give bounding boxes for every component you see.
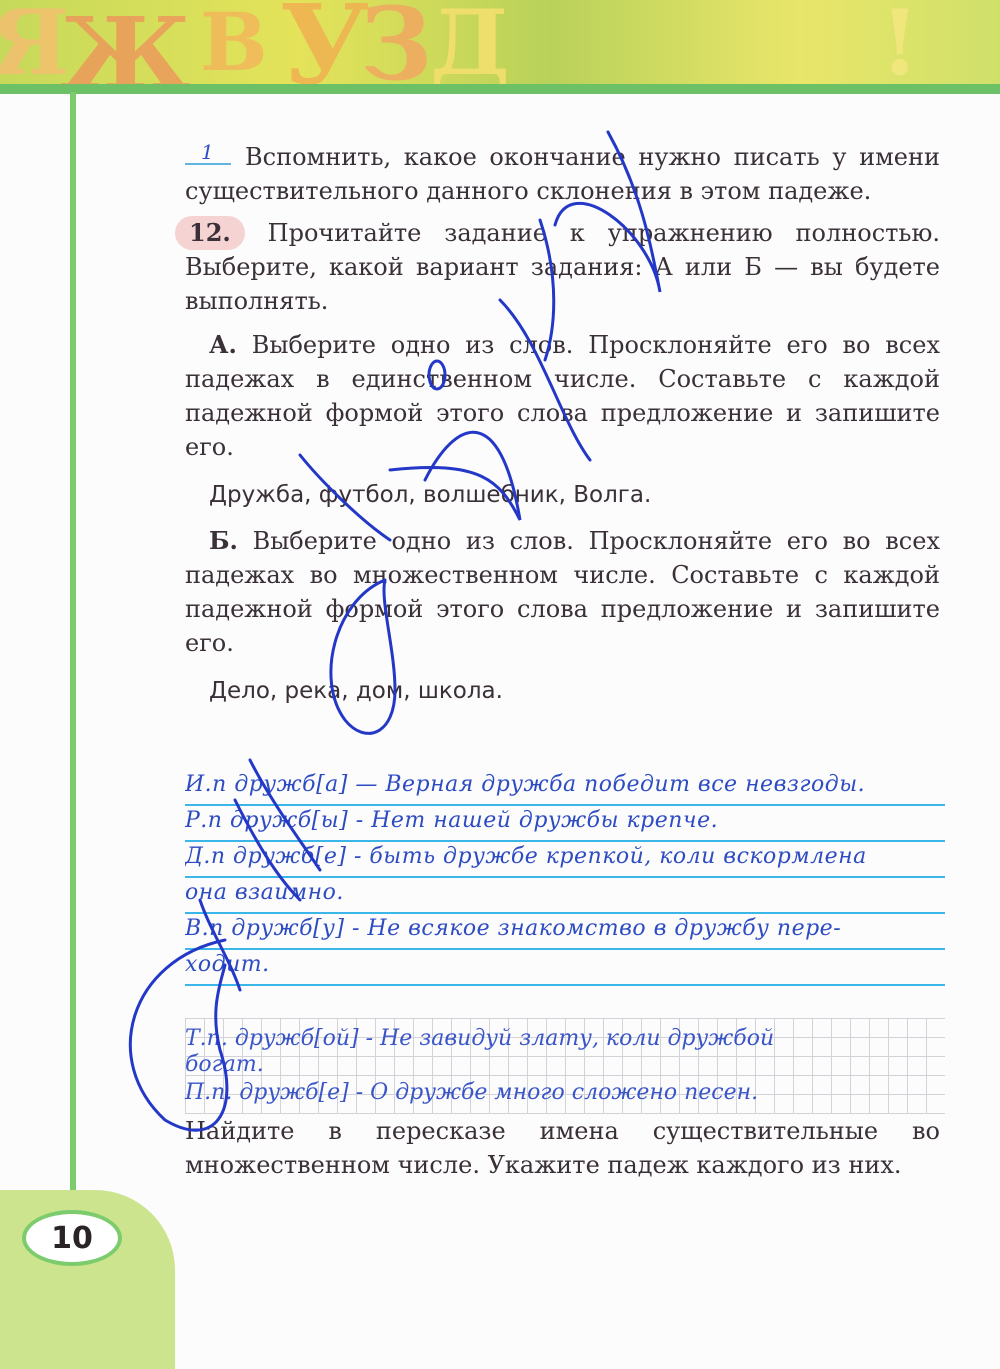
exercise-content: 1Вспомнить, какое окончание нужно писать…: [185, 140, 940, 708]
banner-letter: Я: [0, 0, 69, 88]
option-a-label: А.: [209, 330, 237, 359]
grid-paper-answer: Т.п. дружб[ой] - Не завидуй злату, коли …: [185, 1018, 945, 1114]
handwritten-line: ходит.: [185, 950, 945, 986]
decorative-banner: Я Ж В У З Д !: [0, 0, 1000, 88]
page-number: 10: [22, 1210, 122, 1266]
banner-letter: Ж: [60, 0, 191, 88]
handwritten-line: П.п. дружб[е] - О дружбе много сложено п…: [185, 1080, 758, 1105]
handwritten-line: Р.п дружб[ы] - Нет нашей дружбы крепче.: [185, 806, 945, 842]
option-b-label: Б.: [209, 526, 238, 555]
banner-letter: Д: [430, 0, 510, 88]
step-marker: 1: [185, 149, 231, 165]
handwritten-line: И.п дружб[а] — Верная дружба победит все…: [185, 770, 945, 806]
handwritten-line: богат.: [185, 1052, 264, 1077]
banner-border: [0, 84, 1000, 94]
option-a-words: Дружба, футбол, волшебник, Волга.: [209, 478, 940, 512]
banner-letter: З: [360, 0, 432, 88]
option-a-text: Выберите одно из слов. Просклоняйте его …: [185, 331, 940, 461]
option-a: А. Выберите одно из слов. Просклоняйте е…: [185, 328, 940, 464]
exercise-intro-text: Прочитайте задание к упражнению полность…: [185, 219, 940, 315]
option-b-text: Выберите одно из слов. Просклоняйте его …: [185, 527, 940, 657]
handwritten-line: Д.п дружб[е] - быть дружбе крепкой, коли…: [185, 842, 945, 878]
next-task-text: Найдите в пересказе имена существительны…: [185, 1114, 940, 1182]
handwritten-line: Т.п. дружб[ой] - Не завидуй злату, коли …: [185, 1026, 774, 1051]
option-b-words: Дело, река, дом, школа.: [209, 674, 940, 708]
handwritten-answer: И.п дружб[а] — Верная дружба победит все…: [185, 770, 945, 986]
step-text: Вспомнить, какое окончание нужно писать …: [185, 143, 940, 205]
handwritten-line: она взаимно.: [185, 878, 945, 914]
handwritten-line: В.п дружб[у] - Не всякое знакомство в др…: [185, 914, 945, 950]
banner-letter: У: [280, 0, 369, 88]
banner-letter: !: [880, 0, 920, 88]
banner-letter: В: [200, 0, 268, 88]
exercise-number: 12.: [175, 216, 245, 250]
margin-line: [70, 92, 76, 1222]
exercise-intro: 12. Прочитайте задание к упражнению полн…: [185, 216, 940, 318]
option-b: Б. Выберите одно из слов. Просклоняйте е…: [185, 524, 940, 660]
step-instruction: 1Вспомнить, какое окончание нужно писать…: [185, 140, 940, 208]
